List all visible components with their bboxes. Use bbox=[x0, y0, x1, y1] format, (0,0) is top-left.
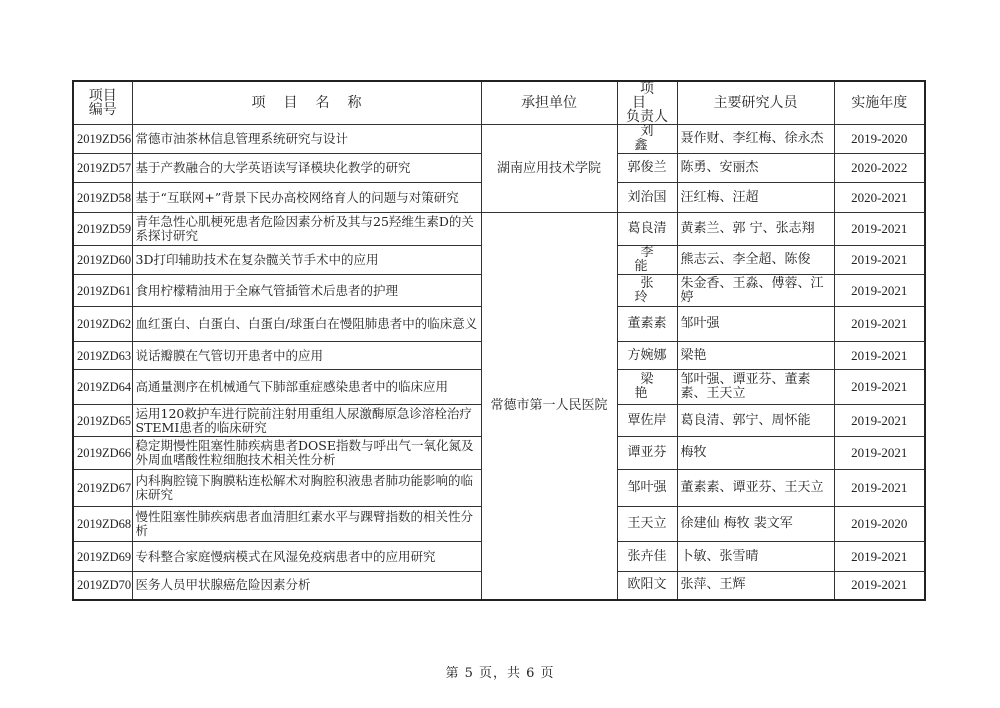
project-name: 慢性阻塞性肺疾病患者血清胆红素水平与踝臂指数的相关性分析 bbox=[132, 507, 481, 542]
project-lead: 欧阳文 bbox=[617, 572, 677, 600]
project-members: 葛良清、郭宁、周怀能 bbox=[677, 405, 834, 437]
project-name: 常德市油茶林信息管理系统研究与设计 bbox=[132, 125, 481, 154]
project-code: 2019ZD61 bbox=[73, 275, 132, 307]
project-members: 邹叶强、谭亚芬、董素素、王天立 bbox=[677, 370, 834, 405]
project-name: 专科整合家庭慢病模式在风湿免疫病患者中的应用研究 bbox=[132, 542, 481, 572]
project-code: 2019ZD62 bbox=[73, 307, 132, 342]
project-years: 2019-2021 bbox=[834, 542, 925, 572]
header-name: 项目名称 bbox=[132, 81, 481, 125]
project-members: 张萍、王辉 bbox=[677, 572, 834, 600]
project-lead: 刘鑫 bbox=[617, 125, 677, 154]
project-name: 食用柠檬精油用于全麻气管插管术后患者的护理 bbox=[132, 275, 481, 307]
project-years: 2019-2021 bbox=[834, 405, 925, 437]
project-unit: 湖南应用技术学院 bbox=[481, 125, 617, 213]
project-code: 2019ZD59 bbox=[73, 213, 132, 246]
project-lead: 张玲 bbox=[617, 275, 677, 307]
header-members: 主要研究人员 bbox=[677, 81, 834, 125]
project-code: 2019ZD68 bbox=[73, 507, 132, 542]
project-years: 2019-2021 bbox=[834, 213, 925, 246]
project-members: 邹叶强 bbox=[677, 307, 834, 342]
project-name: 血红蛋白、白蛋白、白蛋白/球蛋白在慢阻肺患者中的临床意义 bbox=[132, 307, 481, 342]
project-name: 稳定期慢性阻塞性肺疾病患者DOSE指数与呼出气一氧化氮及外周血嗜酸性粒细胞技术相… bbox=[132, 437, 481, 470]
project-members: 卜敏、张雪晴 bbox=[677, 542, 834, 572]
project-lead: 董素素 bbox=[617, 307, 677, 342]
project-years: 2019-2020 bbox=[834, 125, 925, 154]
header-code-line2: 编号 bbox=[77, 103, 129, 117]
header-lead-line2: 负责人 bbox=[621, 110, 674, 124]
project-lead: 张卉佳 bbox=[617, 542, 677, 572]
project-lead: 方婉娜 bbox=[617, 342, 677, 370]
project-lead: 郭俊兰 bbox=[617, 154, 677, 183]
project-lead: 王天立 bbox=[617, 507, 677, 542]
project-years: 2019-2021 bbox=[834, 342, 925, 370]
project-code: 2019ZD64 bbox=[73, 370, 132, 405]
header-code-line1: 项目 bbox=[77, 89, 129, 103]
project-years: 2019-2020 bbox=[834, 507, 925, 542]
project-code: 2019ZD65 bbox=[73, 405, 132, 437]
project-name: 运用120救护车进行院前注射用重组人尿激酶原急诊溶栓治疗STEMI患者的临床研究 bbox=[132, 405, 481, 437]
project-code: 2019ZD58 bbox=[73, 183, 132, 213]
project-members: 汪红梅、汪超 bbox=[677, 183, 834, 213]
project-code: 2019ZD66 bbox=[73, 437, 132, 470]
project-name: 高通量测序在机械通气下肺部重症感染患者中的临床应用 bbox=[132, 370, 481, 405]
project-code: 2019ZD67 bbox=[73, 470, 132, 507]
project-unit: 常德市第一人民医院 bbox=[481, 213, 617, 600]
project-table: 项目编号 项目名称 承担单位 项目负责人 主要研究人员 实施年度 2019ZD5… bbox=[72, 80, 926, 601]
project-years: 2019-2021 bbox=[834, 246, 925, 275]
project-lead: 谭亚芬 bbox=[617, 437, 677, 470]
project-lead: 李能 bbox=[617, 246, 677, 275]
project-members: 徐建仙 梅牧 裴文军 bbox=[677, 507, 834, 542]
project-name: 青年急性心肌梗死患者危险因素分析及其与25羟维生素D的关系探讨研究 bbox=[132, 213, 481, 246]
project-members: 朱金香、王淼、傅蓉、江婷 bbox=[677, 275, 834, 307]
header-lead: 项目负责人 bbox=[617, 81, 677, 125]
project-years: 2019-2021 bbox=[834, 572, 925, 600]
project-years: 2019-2021 bbox=[834, 437, 925, 470]
project-years: 2019-2021 bbox=[834, 307, 925, 342]
project-members: 梁艳 bbox=[677, 342, 834, 370]
project-years: 2019-2021 bbox=[834, 370, 925, 405]
project-lead: 邹叶强 bbox=[617, 470, 677, 507]
page-number: 第 5 页，共 6 页 bbox=[0, 662, 1000, 681]
header-row: 项目编号 项目名称 承担单位 项目负责人 主要研究人员 实施年度 bbox=[73, 81, 925, 125]
project-lead: 覃佐岸 bbox=[617, 405, 677, 437]
project-code: 2019ZD56 bbox=[73, 125, 132, 154]
project-years: 2019-2021 bbox=[834, 275, 925, 307]
table-row: 2019ZD59 青年急性心肌梗死患者危险因素分析及其与25羟维生素D的关系探讨… bbox=[73, 213, 925, 246]
project-years: 2020-2021 bbox=[834, 183, 925, 213]
project-members: 熊志云、李全超、陈俊 bbox=[677, 246, 834, 275]
table-row: 2019ZD56 常德市油茶林信息管理系统研究与设计 湖南应用技术学院 刘鑫 聂… bbox=[73, 125, 925, 154]
project-lead: 葛良清 bbox=[617, 213, 677, 246]
project-code: 2019ZD57 bbox=[73, 154, 132, 183]
project-years: 2019-2021 bbox=[834, 470, 925, 507]
project-members: 聂作财、李红梅、徐永杰 bbox=[677, 125, 834, 154]
header-unit: 承担单位 bbox=[481, 81, 617, 125]
project-years: 2020-2022 bbox=[834, 154, 925, 183]
header-years: 实施年度 bbox=[834, 81, 925, 125]
project-name: 3D打印辅助技术在复杂髋关节手术中的应用 bbox=[132, 246, 481, 275]
project-name: 内科胸腔镜下胸膜粘连松解术对胸腔积液患者肺功能影响的临床研究 bbox=[132, 470, 481, 507]
header-code: 项目编号 bbox=[73, 81, 132, 125]
project-members: 董素素、谭亚芬、王天立 bbox=[677, 470, 834, 507]
project-code: 2019ZD63 bbox=[73, 342, 132, 370]
project-lead: 刘治国 bbox=[617, 183, 677, 213]
project-code: 2019ZD70 bbox=[73, 572, 132, 600]
project-name: 说话瓣膜在气管切开患者中的应用 bbox=[132, 342, 481, 370]
header-lead-line1: 项目 bbox=[621, 82, 674, 110]
project-name: 医务人员甲状腺癌危险因素分析 bbox=[132, 572, 481, 600]
project-name: 基于“互联网+”背景下民办高校网络育人的问题与对策研究 bbox=[132, 183, 481, 213]
project-code: 2019ZD69 bbox=[73, 542, 132, 572]
project-lead: 梁艳 bbox=[617, 370, 677, 405]
project-members: 梅牧 bbox=[677, 437, 834, 470]
project-name: 基于产教融合的大学英语读写译模块化教学的研究 bbox=[132, 154, 481, 183]
project-members: 黄素兰、郭 宁、张志翔 bbox=[677, 213, 834, 246]
project-members: 陈勇、安丽杰 bbox=[677, 154, 834, 183]
project-code: 2019ZD60 bbox=[73, 246, 132, 275]
